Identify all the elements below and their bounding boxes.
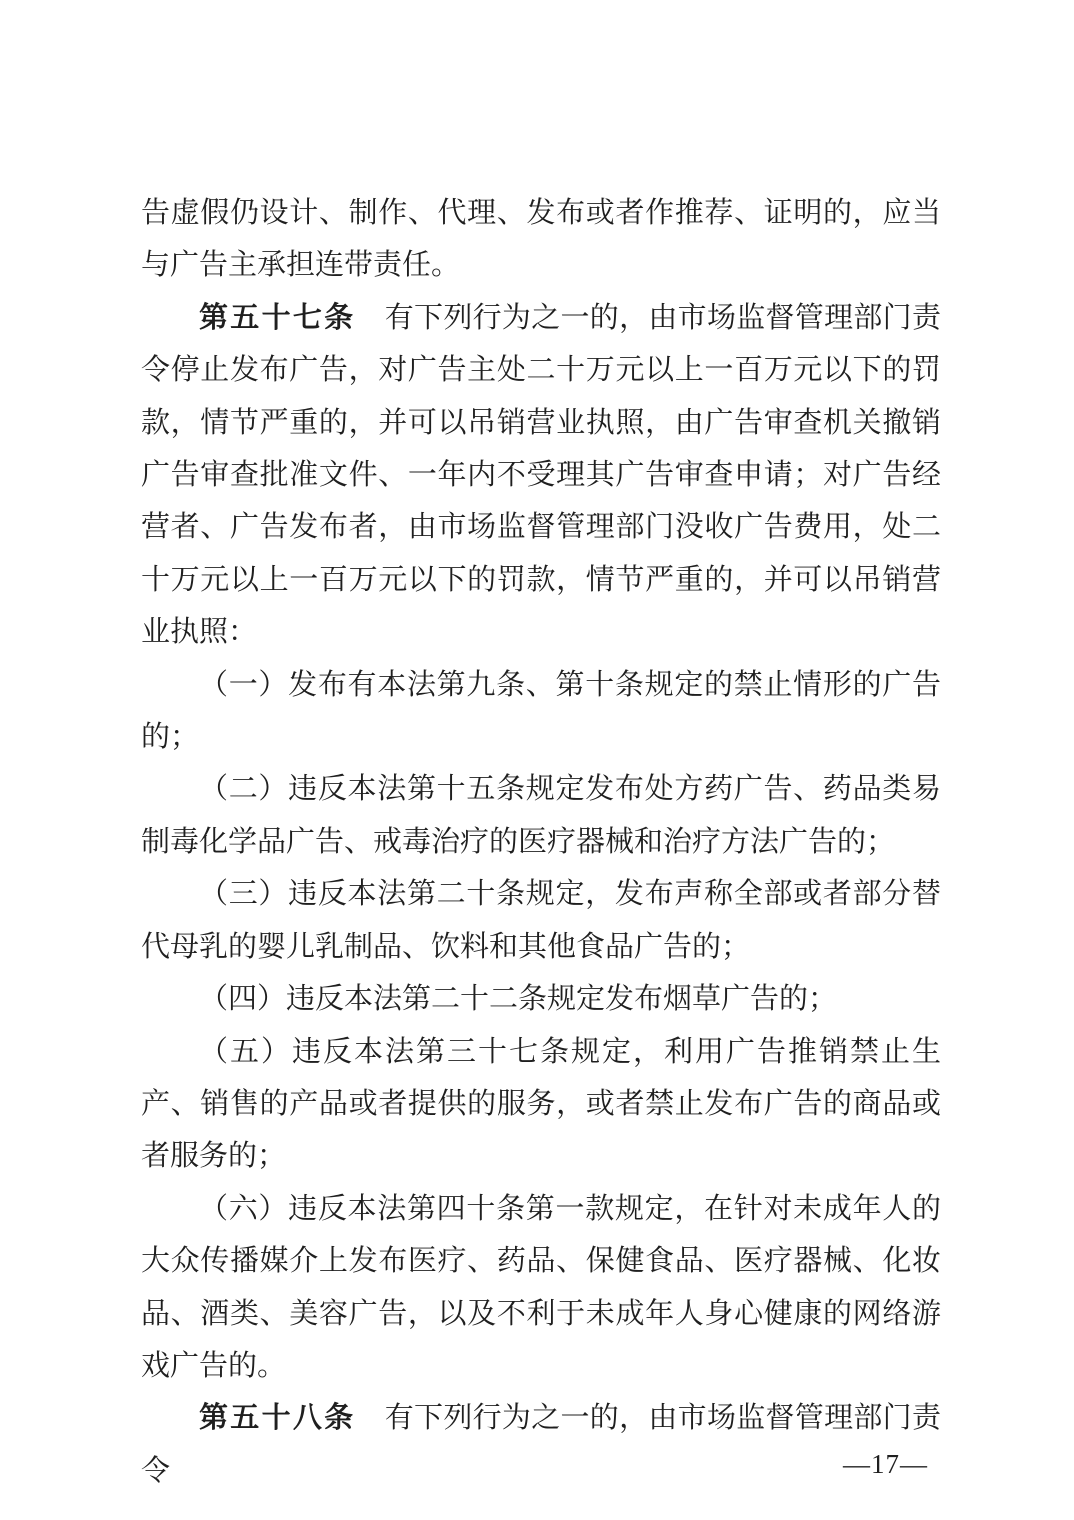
page-number: —17— xyxy=(843,1448,928,1480)
document-page: 告虚假仍设计、制作、代理、发布或者作推荐、证明的，应当与广告主承担连带责任。 第… xyxy=(0,0,1074,1520)
paragraph-text: （六）违反本法第四十条第一款规定，在针对未成年人的大众传播媒介上发布医疗、药品、… xyxy=(141,1193,941,1382)
paragraph-text: （五）违反本法第三十七条规定，利用广告推销禁止生产、销售的产品或者提供的服务，或… xyxy=(141,1036,941,1173)
article-number-label: 第五十八条 xyxy=(199,1402,355,1434)
paragraph-text: （一）发布有本法第九条、第十条规定的禁止情形的广告的； xyxy=(141,669,941,753)
paragraph-article-57: 第五十七条 有下列行为之一的，由市场监督管理部门责令停止发布广告，对广告主处二十… xyxy=(141,292,941,659)
paragraph-item-3: （三）违反本法第二十条规定，发布声称全部或者部分替代母乳的婴儿乳制品、饮料和其他… xyxy=(141,868,941,973)
paragraph-article-58: 第五十八条 有下列行为之一的，由市场监督管理部门责令 xyxy=(141,1392,941,1497)
paragraph-item-2: （二）违反本法第十五条规定发布处方药广告、药品类易制毒化学品广告、戒毒治疗的医疗… xyxy=(141,763,941,868)
paragraph-item-6: （六）违反本法第四十条第一款规定，在针对未成年人的大众传播媒介上发布医疗、药品、… xyxy=(141,1183,941,1393)
paragraph-text: （四）违反本法第二十二条规定发布烟草广告的； xyxy=(199,983,837,1015)
paragraph-item-4: （四）违反本法第二十二条规定发布烟草广告的； xyxy=(141,973,941,1025)
document-body: 告虚假仍设计、制作、代理、发布或者作推荐、证明的，应当与广告主承担连带责任。 第… xyxy=(141,187,941,1497)
paragraph-text: （三）违反本法第二十条规定，发布声称全部或者部分替代母乳的婴儿乳制品、饮料和其他… xyxy=(141,878,941,962)
paragraph-text: 告虚假仍设计、制作、代理、发布或者作推荐、证明的，应当与广告主承担连带责任。 xyxy=(141,197,941,281)
article-number-label: 第五十七条 xyxy=(199,302,355,334)
paragraph-item-1: （一）发布有本法第九条、第十条规定的禁止情形的广告的； xyxy=(141,659,941,764)
paragraph-text: 有下列行为之一的，由市场监督管理部门责令停止发布广告，对广告主处二十万元以上一百… xyxy=(141,302,941,648)
paragraph-item-5: （五）违反本法第三十七条规定，利用广告推销禁止生产、销售的产品或者提供的服务，或… xyxy=(141,1026,941,1183)
paragraph-text: （二）违反本法第十五条规定发布处方药广告、药品类易制毒化学品广告、戒毒治疗的医疗… xyxy=(141,773,941,857)
paragraph-continuation: 告虚假仍设计、制作、代理、发布或者作推荐、证明的，应当与广告主承担连带责任。 xyxy=(141,187,941,292)
